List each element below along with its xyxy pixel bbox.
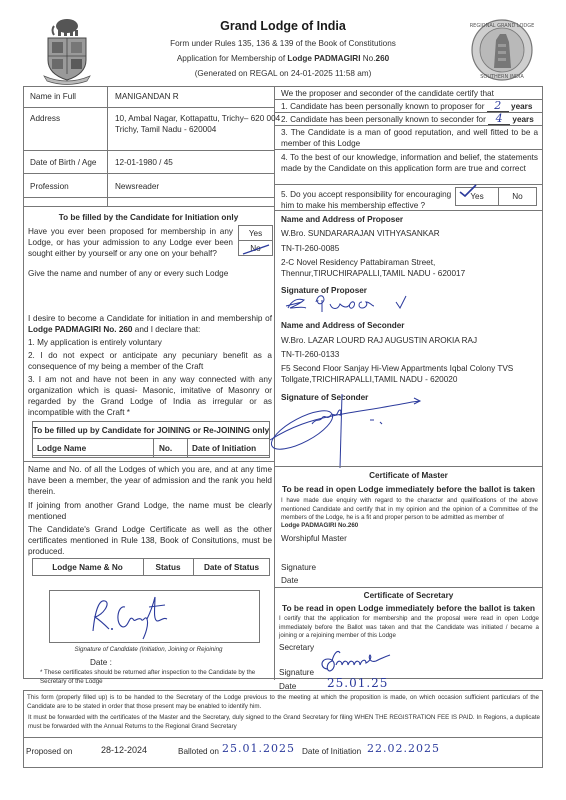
candidate-signature (85, 591, 175, 643)
encourage-yes-option[interactable]: Yes (455, 187, 499, 206)
address-line2: Trichy, Tamil Nadu - 620004 (115, 124, 216, 135)
proposed-before-no-option[interactable]: No (238, 240, 273, 256)
seconder-heading: Name and Address of Seconder (281, 320, 404, 331)
seconder-signature (262, 390, 462, 470)
certificates-return-note: * These certificates should be returned … (40, 669, 270, 686)
proposer-id: TN-TI-260-0085 (281, 243, 339, 254)
col-lodge-name: Lodge Name (37, 443, 86, 454)
secretary-signature-label: Signature (279, 667, 314, 678)
secretary-signature (318, 647, 398, 677)
profession-label: Profession (30, 181, 69, 192)
certificate-requirement-text: The Candidate's Grand Lodge Certificate … (28, 524, 272, 557)
declaration-2: 2. I do not expect or anticipate any pec… (28, 350, 272, 372)
initiation-heading: To be filled by the Candidate for Initia… (23, 212, 274, 223)
col-status: Status (143, 562, 193, 573)
proposer-address-line1: 2-C Novel Residency Pattabiraman Street, (281, 257, 435, 268)
proposed-before-yes-option[interactable]: Yes (238, 225, 273, 241)
declaration-intro: I desire to become a Candidate for initi… (28, 313, 272, 335)
seconder-id: TN-TI-260-0133 (281, 349, 339, 360)
certify-intro: We the proposer and seconder of the cand… (281, 88, 494, 99)
lodges-membership-text: Name and No. of all the Lodges of which … (28, 464, 272, 497)
date-of-initiation-label: Date of Initiation (302, 746, 361, 757)
proposed-on-label: Proposed on (26, 746, 72, 757)
encourage-no-option[interactable]: No (498, 187, 537, 206)
certify-item-2: 2. Candidate has been personally known t… (281, 114, 534, 125)
svg-text:SOUTHERN INDIA: SOUTHERN INDIA (480, 74, 524, 80)
declaration-3: 3. I am not and have not been in any way… (28, 374, 272, 418)
seconder-address-line1: F5 Second Floor Sanjay Hi-View Appartmen… (281, 363, 513, 374)
candidate-signature-box[interactable] (49, 590, 260, 643)
certify-item-1: 1. Candidate has been personally known t… (281, 101, 532, 112)
master-signature-label: Signature (281, 562, 316, 573)
certify-item-5: 5. Do you accept responsibility for enco… (281, 189, 456, 211)
col-no: No. (159, 443, 172, 454)
proposer-years-value: 2 (487, 101, 509, 112)
name-value: MANIGANDAN R (115, 91, 179, 102)
master-certificate-lodge: Lodge PADMAGIRI No.260 (281, 522, 358, 531)
address-label: Address (30, 113, 60, 124)
joining-heading: To be filled up by Candidate for JOINING… (32, 425, 270, 436)
col-date-of-status: Date of Status (193, 562, 270, 573)
secretary-certificate-subheading: To be read in open Lodge immediately bef… (274, 603, 543, 614)
declaration-1: 1. My application is entirely voluntary (28, 337, 162, 348)
proposer-address-line2: Thennur,TIRUCHIRAPALLI,TAMIL NADU - 6200… (281, 268, 465, 279)
proposer-signature (282, 290, 412, 314)
initiation-question: Have you ever been proposed for membersh… (28, 226, 233, 259)
proposer-heading: Name and Address of Proposer (281, 214, 403, 225)
master-role: Worshipful Master (281, 533, 347, 544)
footer-note-2: It must be forwarded with the certificat… (28, 714, 540, 731)
date-of-initiation-value: 22.02.2025 (367, 743, 440, 754)
secretary-certificate-body: I certify that the application for membe… (279, 615, 539, 641)
master-date-label: Date (281, 575, 298, 586)
regional-seal-icon: REGIONAL GRAND LODGE SOUTHERN INDIA (470, 18, 534, 82)
proposer-name: W.Bro. SUNDARARAJAN VITHYASANKAR (281, 228, 440, 239)
col-lodge-name-no: Lodge Name & No (32, 562, 143, 573)
master-certificate-subheading: To be read in open Lodge immediately bef… (274, 484, 543, 495)
seconder-years-value: 4 (488, 114, 510, 125)
checkmark-icon (458, 184, 478, 198)
profession-value: Newsreader (115, 181, 159, 192)
master-certificate-body: I have made due enquiry with regard to t… (281, 497, 538, 523)
dob-label: Date of Birth / Age (30, 157, 96, 168)
svg-text:REGIONAL GRAND LODGE: REGIONAL GRAND LODGE (470, 23, 534, 29)
col-date-of-initiation: Date of Initiation (192, 443, 256, 454)
balloted-on-label: Balloted on (178, 746, 219, 757)
secretary-role: Secretary (279, 642, 314, 653)
secretary-certificate-heading: Certificate of Secretary (274, 590, 543, 601)
address-line1: 10, Ambal Nagar, Kottapattu, Trichy– 620… (115, 113, 280, 124)
seconder-name: W.Bro. LAZAR LOURD RAJ AUGUSTIN AROKIA R… (281, 335, 477, 346)
joining-grand-lodge-text: If joining from another Grand Lodge, the… (28, 500, 272, 522)
seconder-address-line2: Tollgate,TRICHIRAPALLI,TAMIL NADU - 6200… (281, 374, 457, 385)
candidate-signature-caption: Signature of Candidate (Initiation, Join… (23, 646, 274, 655)
balloted-on-value: 25.01.2025 (222, 743, 295, 754)
certify-item-3: 3. The Candidate is a man of good reputa… (281, 127, 538, 149)
give-lodge-name-prompt: Give the name and number of any or every… (28, 268, 228, 279)
name-label: Name in Full (30, 91, 76, 102)
candidate-date-label: Date : (90, 657, 112, 668)
certify-item-4: 4. To the best of our knowledge, informa… (281, 152, 538, 174)
secretary-date-value: 25.01.25 (327, 678, 388, 689)
dob-value: 12-01-1980 / 45 (115, 157, 173, 168)
proposed-on-value: 28-12-2024 (101, 745, 147, 756)
footer-note-1: This form (properly filled up) is to be … (27, 694, 539, 711)
master-certificate-heading: Certificate of Master (274, 470, 543, 481)
strike-through-mark (241, 242, 271, 256)
